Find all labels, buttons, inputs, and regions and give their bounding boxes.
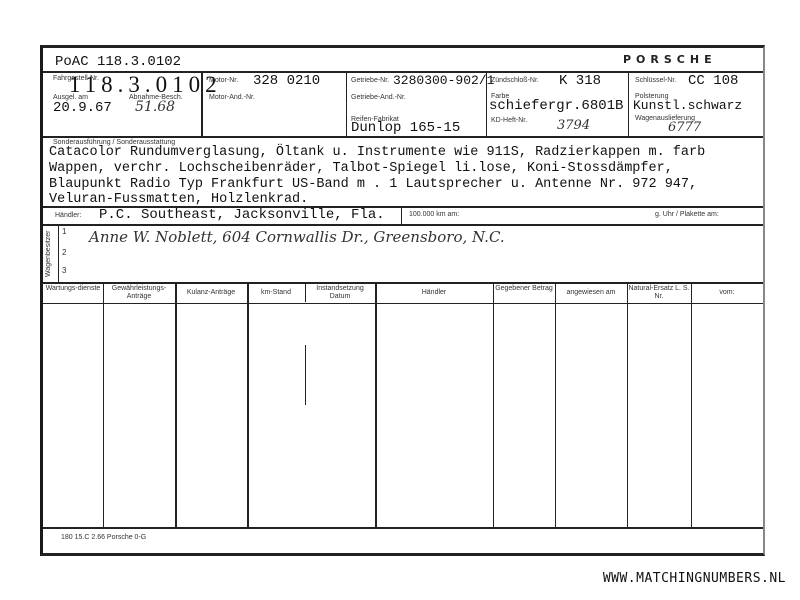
th-kulanz: Kulanz-Anträge: [175, 289, 247, 297]
getriebe-and-label: Getriebe-And.-Nr.: [351, 94, 406, 101]
schluessel-label: Schlüssel-Nr.: [635, 77, 676, 84]
divider: [346, 72, 347, 136]
haendler-value: P.C. Southeast, Jacksonville, Fla.: [99, 207, 385, 223]
farbe-value: schiefergr.6801B: [489, 98, 623, 114]
divider: [43, 224, 763, 226]
haendler-label: Händler:: [55, 212, 81, 219]
kd-heft-value: 3794: [557, 118, 590, 133]
plakette-label: g. Uhr / Plakette am:: [655, 211, 719, 218]
th-vom: vom:: [691, 289, 763, 297]
print-code: 180 15.C 2.66 Porsche 0-G: [61, 534, 146, 541]
polsterung-value: Kunstl.schwarz: [633, 98, 742, 113]
th-gewaehrleistung: Gewährleistungs-Anträge: [103, 285, 175, 301]
th-instandsetzung: Instandsetzung Datum: [305, 285, 375, 301]
vehicle-record-card: PoAC 118.3.0102 PORSCHE Fahrgestell-Nr. …: [40, 45, 765, 556]
column-line: [103, 282, 104, 527]
wagenauslieferung-value: 6777: [668, 120, 701, 135]
schluessel-value: CC 108: [688, 73, 738, 89]
divider: [43, 303, 763, 304]
column-line: [175, 282, 177, 527]
getriebe-value: 3280300-902/1: [393, 73, 494, 88]
column-line: [493, 282, 494, 527]
kd-heft-label: KD-Heft-Nr.: [491, 117, 527, 124]
porsche-logo: PORSCHE: [623, 53, 717, 66]
form-code: PoAC 118.3.0102: [55, 54, 181, 70]
sonder-line-1: Catacolor Rundumverglasung, Öltank u. In…: [49, 145, 705, 160]
getriebe-label: Getriebe-Nr.: [351, 77, 389, 84]
sonder-line-3: Blaupunkt Radio Typ Frankfurt US-Band m …: [49, 177, 697, 192]
column-line: [305, 282, 306, 302]
owner-row-num-1: 1: [62, 227, 66, 236]
owner-row-1: Anne W. Noblett, 604 Cornwallis Dr., Gre…: [89, 228, 505, 246]
divider: [43, 282, 763, 284]
divider: [628, 72, 629, 136]
motor-and-label: Motor-And.-Nr.: [209, 94, 255, 101]
th-angewiesen: angewiesen am: [555, 289, 627, 297]
km100000-label: 100.000 km am:: [409, 211, 459, 218]
divider: [43, 527, 763, 529]
th-natural-ersatz: Natural-Ersatz L. S. Nr.: [627, 285, 691, 301]
divider: [58, 224, 59, 282]
motor-label: Motor-Nr.: [209, 77, 238, 84]
wagenbesitzer-label: Wagenbesitzer: [45, 224, 57, 284]
th-wartungsdienste: Wartungs-dienste: [43, 285, 103, 293]
column-line: [247, 282, 249, 527]
zuendschloss-value: K 318: [559, 73, 601, 89]
abnahme-value: 51.68: [135, 99, 175, 115]
th-betrag: Gegebener Betrag: [493, 285, 555, 293]
column-line: [305, 345, 306, 405]
divider: [201, 72, 203, 136]
ausgeliefert-value: 20.9.67: [53, 100, 112, 116]
owner-row-num-3: 3: [62, 266, 66, 275]
th-km-stand: km-Stand: [247, 289, 305, 297]
sonder-line-2: Wappen, verchr. Lochscheibenräder, Talbo…: [49, 161, 673, 176]
divider: [43, 136, 763, 138]
column-line: [691, 282, 692, 527]
reifen-value: Dunlop 165-15: [351, 120, 460, 136]
column-line: [627, 282, 628, 527]
owner-row-num-2: 2: [62, 248, 66, 257]
sonder-line-4: Veluran-Fussmatten, Holzlenkrad.: [49, 192, 308, 207]
zuendschloss-label: Zündschloß-Nr.: [491, 77, 539, 84]
column-line: [555, 282, 556, 527]
th-haendler: Händler: [375, 289, 493, 297]
watermark: WWW.MATCHINGNUMBERS.NL: [603, 571, 786, 586]
divider: [486, 72, 487, 136]
column-line: [375, 282, 377, 527]
motor-value: 328 0210: [253, 73, 320, 89]
divider: [401, 207, 402, 224]
